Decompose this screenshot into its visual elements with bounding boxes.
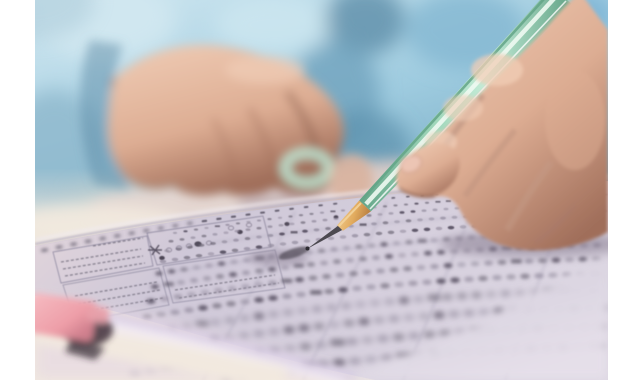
white-border-right bbox=[608, 0, 641, 380]
white-border-left bbox=[0, 0, 35, 380]
photo-exam-answer-sheet bbox=[35, 0, 608, 380]
screenshot-canvas bbox=[0, 0, 641, 380]
photo-scene bbox=[35, 0, 608, 380]
